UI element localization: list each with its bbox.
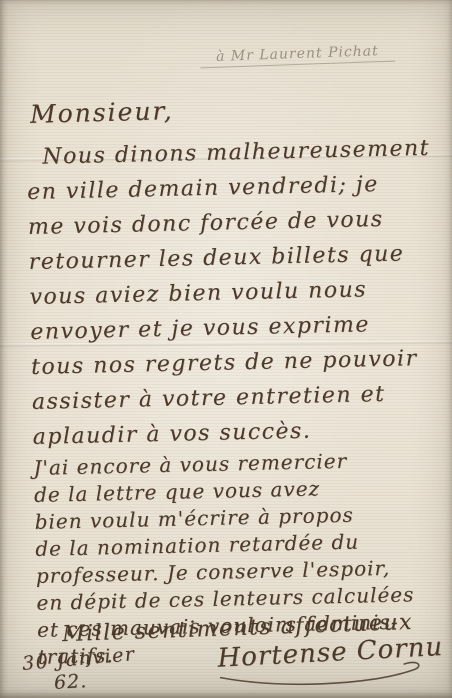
signature-block: Hortense Cornu bbox=[217, 632, 439, 693]
letter-body: Nous dinons malheureusement en ville dem… bbox=[26, 131, 450, 671]
salutation: Monsieur, bbox=[30, 96, 174, 129]
letter-photograph: à Mr Laurent Pichat Monsieur, Nous dinon… bbox=[0, 0, 452, 698]
pencil-recipient-annotation: à Mr Laurent Pichat bbox=[200, 43, 396, 69]
date-year: 62. bbox=[53, 670, 87, 694]
